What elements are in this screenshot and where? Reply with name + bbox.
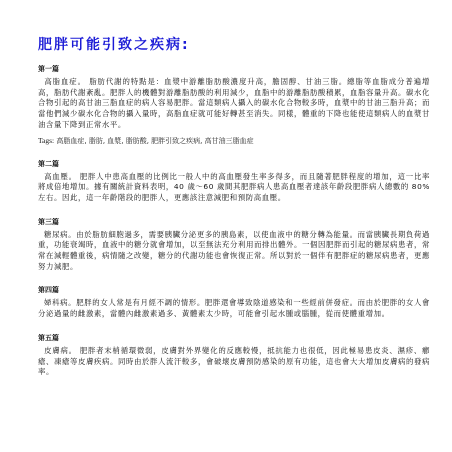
section-body: 糖尿病。由於脂肪細胞過多，需要胰臟分泌更多的胰島素，以使血液中的糖分轉為能量。而… (38, 230, 430, 273)
section-body: 皮膚病。 肥胖者末梢循環微弱，皮膚對外界變化的反應較慢，抵抗能力也很低，因此極易… (38, 346, 430, 378)
document-page: 肥胖可能引致之疾病: 第一篇 高脂血症。 脂肪代謝的特點是：血漿中游離脂肪酸濃度… (38, 36, 430, 391)
tags-list[interactable]: 高脂血症, 脂肪, 血漿, 脂肪酸, 肥胖引致之疾病, 高甘油三脂血症 (56, 137, 253, 145)
section-heading: 第四篇 (38, 285, 430, 295)
section-text: 高脂血症。 脂肪代謝的特點是：血漿中游離脂肪酸濃度升高，膽固醇、甘油三脂。總脂等… (38, 77, 430, 129)
section-body: 高血壓。 肥胖人中患高血壓的比例比一般人中的高血壓發生率多得多，而且隨著肥胖程度… (38, 172, 430, 204)
section-text: 皮膚病。 肥胖者末梢循環微弱，皮膚對外界變化的反應較慢，抵抗能力也很低，因此極易… (38, 346, 430, 376)
section-text: 婦科病。肥胖的女人常是有月經不調的情形。肥胖還會導致陰道感染和一些經前併發症。而… (38, 298, 430, 318)
section-4: 第四篇 婦科病。肥胖的女人常是有月經不調的情形。肥胖還會導致陰道感染和一些經前併… (38, 285, 430, 319)
section-text: 高血壓。 肥胖人中患高血壓的比例比一般人中的高血壓發生率多得多，而且隨著肥胖程度… (38, 172, 430, 202)
section-body: 婦科病。肥胖的女人常是有月經不調的情形。肥胖還會導致陰道感染和一些經前併發症。而… (38, 298, 430, 319)
section-heading: 第五篇 (38, 333, 430, 343)
section-heading: 第二篇 (38, 159, 430, 169)
section-heading: 第一篇 (38, 64, 430, 74)
tags-label: Tags: (38, 136, 54, 145)
page-title: 肥胖可能引致之疾病: (38, 36, 430, 54)
section-3: 第三篇 糖尿病。由於脂肪細胞過多，需要胰臟分泌更多的胰島素，以使血液中的糖分轉為… (38, 217, 430, 273)
section-body: 高脂血症。 脂肪代謝的特點是：血漿中游離脂肪酸濃度升高，膽固醇、甘油三脂。總脂等… (38, 77, 430, 131)
section-5: 第五篇 皮膚病。 肥胖者末梢循環微弱，皮膚對外界變化的反應較慢，抵抗能力也很低，… (38, 333, 430, 378)
section-text: 糖尿病。由於脂肪細胞過多，需要胰臟分泌更多的胰島素，以使血液中的糖分轉為能量。而… (38, 230, 430, 271)
section-1: 第一篇 高脂血症。 脂肪代謝的特點是：血漿中游離脂肪酸濃度升高，膽固醇、甘油三脂… (38, 64, 430, 146)
tags-line: Tags: 高脂血症, 脂肪, 血漿, 脂肪酸, 肥胖引致之疾病, 高甘油三脂血… (38, 136, 430, 146)
section-heading: 第三篇 (38, 217, 430, 227)
section-2: 第二篇 高血壓。 肥胖人中患高血壓的比例比一般人中的高血壓發生率多得多，而且隨著… (38, 159, 430, 204)
